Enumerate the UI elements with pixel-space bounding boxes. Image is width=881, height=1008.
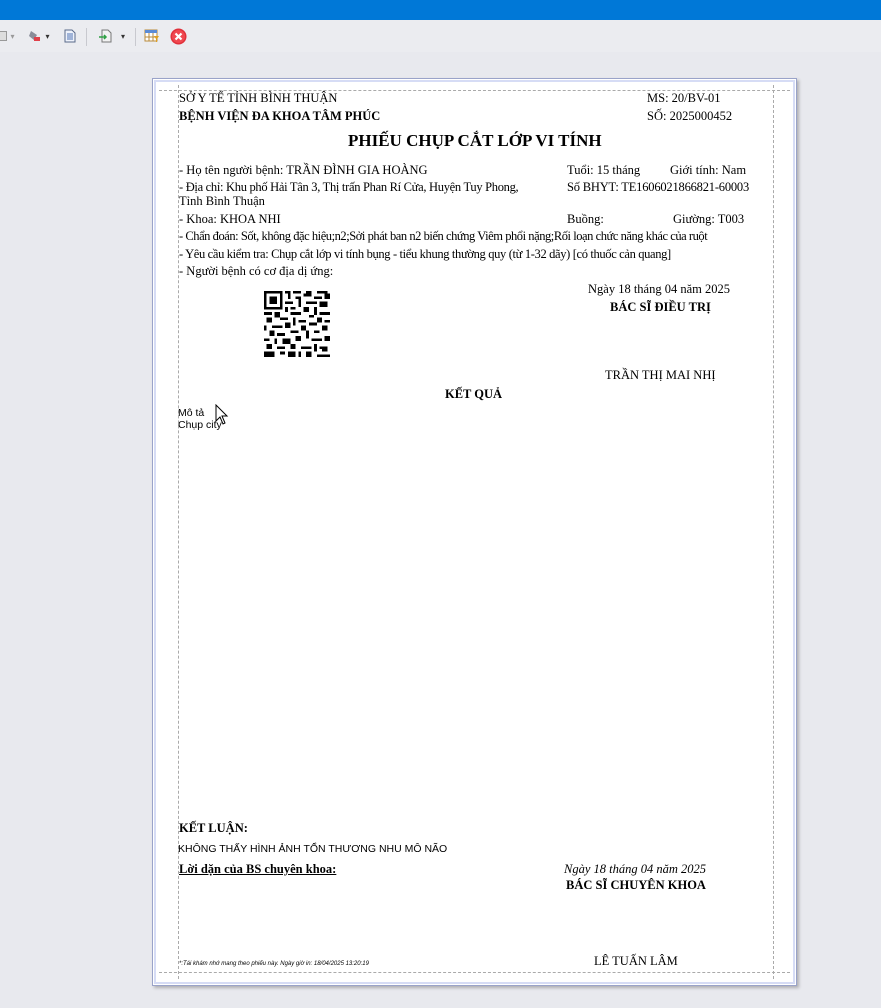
- paint-fill-icon: [28, 29, 42, 43]
- specialist-title: BÁC SĨ CHUYÊN KHOA: [566, 878, 706, 892]
- mouse-cursor-icon: [215, 404, 229, 426]
- treating-date: Ngày 18 tháng 04 năm 2025: [588, 282, 730, 296]
- treating-doctor-name: TRẦN THỊ MAI NHỊ: [605, 368, 716, 382]
- print-options-icon: [0, 31, 7, 41]
- page-setup-button[interactable]: [62, 26, 78, 46]
- close-preview-button[interactable]: [169, 26, 187, 46]
- table-settings-button[interactable]: [143, 26, 161, 46]
- margin-guide-bottom: [159, 972, 790, 973]
- department: - Khoa: KHOA NHI: [179, 212, 281, 226]
- treating-doctor-title: BÁC SĨ ĐIỀU TRỊ: [610, 300, 711, 314]
- result-heading: KẾT QUẢ: [445, 387, 502, 401]
- patient-address: - Địa chỉ: Khu phố Hải Tân 3, Thị trấn P…: [179, 180, 518, 194]
- page-setup-icon: [64, 29, 76, 43]
- close-preview-icon: [170, 28, 187, 45]
- patient-gender: Giới tính: Nam: [670, 163, 746, 177]
- specialist-date: Ngày 18 tháng 04 năm 2025: [564, 862, 706, 876]
- toolbar-separator: [86, 28, 87, 46]
- department-of-health: SỞ Y TẾ TỈNH BÌNH THUẬN: [179, 91, 337, 105]
- insurance-number: Số BHYT: TE1606021866821-60003: [567, 180, 749, 194]
- form-code: MS: 20/BV-01: [647, 91, 721, 105]
- specialist-name: LÊ TUẤN LÂM: [594, 954, 678, 968]
- document-number: SỐ: 2025000452: [647, 109, 732, 123]
- patient-name: - Họ tên người bệnh: TRẦN ĐÌNH GIA HOÀNG: [179, 163, 428, 177]
- room: Buồng:: [567, 212, 604, 226]
- document-page: SỞ Y TẾ TỈNH BÌNH THUẬN BỆNH VIỆN ĐA KHO…: [152, 78, 797, 986]
- conclusion-text: KHÔNG THẤY HÌNH ẢNH TỔN THƯƠNG NHU MÔ NÃ…: [178, 842, 447, 856]
- footer-note: *:Tái khám nhớ mang theo phiếu này. Ngày…: [179, 960, 369, 968]
- chevron-down-icon: ▾: [10, 32, 14, 41]
- description-label: Mô tả: [178, 407, 204, 419]
- qr-code: [260, 291, 334, 357]
- paint-fill-button[interactable]: ▾: [26, 26, 52, 46]
- toolbar-separator: [135, 28, 136, 46]
- document-title: PHIẾU CHỤP CẮT LỚP VI TÍNH: [348, 134, 602, 148]
- chevron-down-icon: ▾: [45, 32, 49, 41]
- patient-address-line2: Tỉnh Bình Thuận: [179, 194, 265, 208]
- exam-request: - Yêu cầu kiểm tra: Chụp cắt lớp vi tính…: [179, 247, 671, 261]
- allergy-history: - Người bệnh có cơ địa dị ứng:: [179, 264, 333, 278]
- hospital-name: BỆNH VIỆN ĐA KHOA TÂM PHÚC: [179, 109, 380, 123]
- chevron-down-icon: ▾: [121, 32, 125, 41]
- print-options-button[interactable]: ▾: [0, 26, 16, 46]
- print-preview-toolbar: ▾ ▾ ▾: [0, 20, 881, 52]
- specialist-advice-label: Lời dặn của BS chuyên khoa:: [179, 862, 336, 876]
- conclusion-label: KẾT LUẬN:: [179, 821, 248, 835]
- diagnosis: - Chẩn đoán: Sốt, không đặc hiệu;n2;Sởi …: [179, 229, 707, 243]
- patient-age: Tuổi: 15 tháng: [567, 163, 640, 177]
- table-settings-icon: [144, 29, 160, 43]
- bed: Giường: T003: [673, 212, 744, 226]
- export-icon: [99, 29, 113, 43]
- window-title-bar: [0, 0, 881, 20]
- margin-guide-right: [773, 85, 774, 979]
- export-button[interactable]: ▾: [94, 26, 130, 46]
